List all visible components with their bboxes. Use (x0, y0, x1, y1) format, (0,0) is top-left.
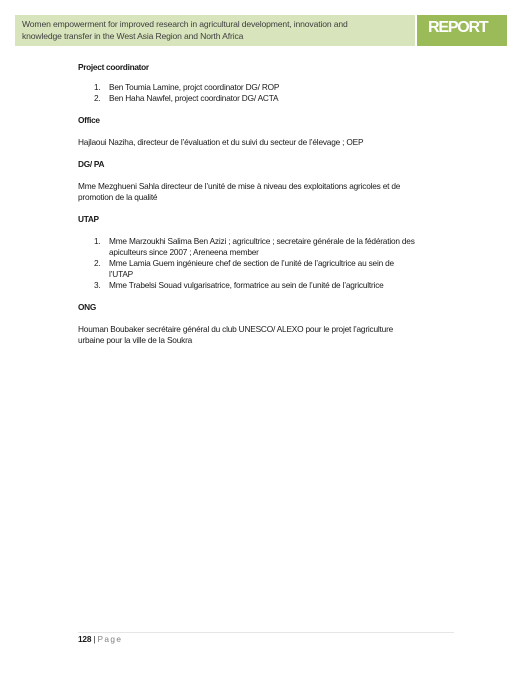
list-item: 2. Mme Lamia Guem ingénieure chef de sec… (78, 258, 458, 280)
list-item: 1. Mme Marzoukhi Salima Ben Azizi ; agri… (78, 236, 458, 258)
project-coordinator-list: 1. Ben Toumia Lamine, projct coordinator… (78, 82, 458, 104)
footer-divider (78, 632, 454, 633)
document-header-title: Women empowerment for improved research … (15, 15, 415, 46)
ong-paragraph-line-2: urbaine pour la ville de la Soukra (78, 335, 458, 346)
dgpa-paragraph-line-2: promotion de la qualité (78, 192, 458, 203)
list-number: 1. (94, 82, 101, 93)
page-content: Project coordinator 1. Ben Toumia Lamine… (78, 62, 458, 346)
list-number: 3. (94, 280, 101, 291)
utap-list: 1. Mme Marzoukhi Salima Ben Azizi ; agri… (78, 236, 458, 291)
list-item-text-line-2: apiculteurs since 2007 ; Areneena member (109, 247, 458, 258)
dgpa-paragraph-line-1: Mme Mezghueni Sahla directeur de l’unité… (78, 181, 458, 192)
ong-paragraph-line-1: Houman Boubaker secrétaire général du cl… (78, 324, 458, 335)
list-number: 2. (94, 93, 101, 104)
list-number: 2. (94, 258, 101, 269)
list-item: 3. Mme Trabelsi Souad vulgarisatrice, fo… (78, 280, 458, 291)
page-separator: | (93, 634, 95, 644)
header-title-line-1: Women empowerment for improved research … (22, 18, 415, 30)
list-item-text-line-2: l’UTAP (109, 269, 458, 280)
header-title-line-2: knowledge transfer in the West Asia Regi… (22, 30, 415, 42)
page-number: 128 (78, 634, 91, 644)
list-item-text: Ben Haha Nawfel, project coordinator DG/… (109, 93, 278, 103)
list-item: 1. Ben Toumia Lamine, projct coordinator… (78, 82, 458, 93)
list-number: 1. (94, 236, 101, 247)
report-label-badge: REPORT (417, 15, 507, 46)
section-heading-dgpa: DG/ PA (78, 159, 458, 170)
list-item-text: Ben Toumia Lamine, projct coordinator DG… (109, 82, 279, 92)
page-label: Page (97, 634, 122, 644)
list-item-text-line-1: Mme Lamia Guem ingénieure chef de sectio… (109, 258, 458, 269)
section-heading-utap: UTAP (78, 214, 458, 225)
section-heading-ong: ONG (78, 302, 458, 313)
office-paragraph: Hajlaoui Naziha, directeur de l’évaluati… (78, 137, 458, 148)
list-item: 2. Ben Haha Nawfel, project coordinator … (78, 93, 458, 104)
section-heading-project-coordinator: Project coordinator (78, 62, 458, 73)
list-item-text-line-1: Mme Marzoukhi Salima Ben Azizi ; agricul… (109, 236, 458, 247)
page-footer: 128 | Page (78, 634, 122, 645)
list-item-text-line-1: Mme Trabelsi Souad vulgarisatrice, forma… (109, 280, 458, 291)
section-heading-office: Office (78, 115, 458, 126)
